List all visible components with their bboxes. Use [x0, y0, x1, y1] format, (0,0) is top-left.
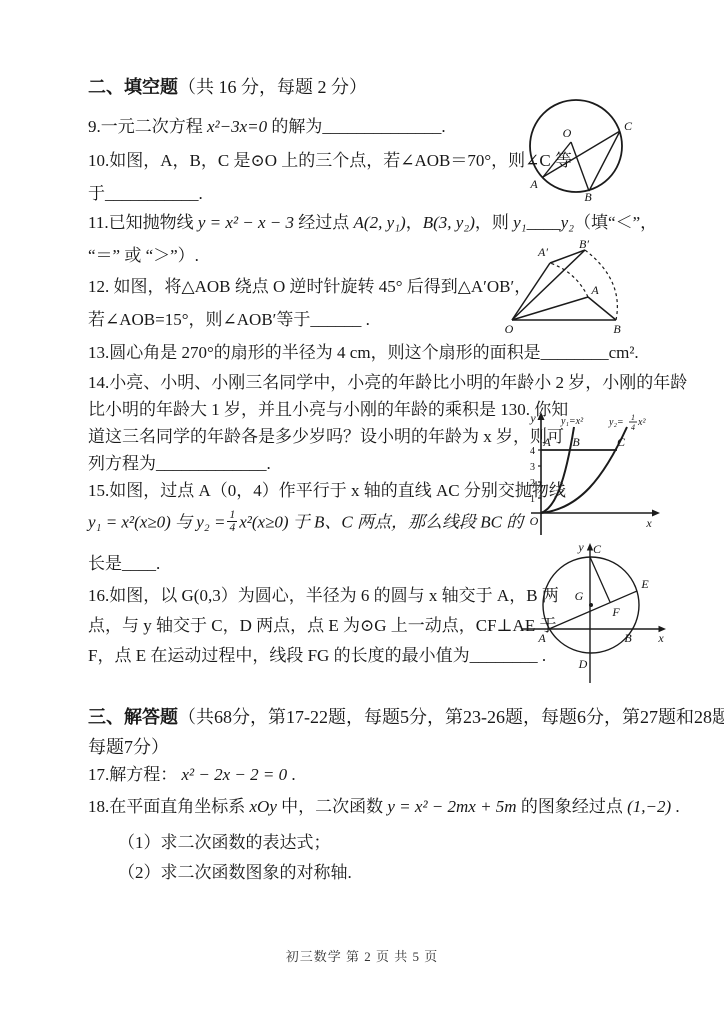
question-16-line2: 点，与 y 轴交于 C，D 两点，点 E 为⊙G 上一动点，CF⊥AE 于: [88, 615, 556, 636]
fraction-one-quarter: 14: [227, 509, 237, 534]
q12-label-b-prime: B′: [579, 240, 589, 251]
q17-equation: x² − 2x − 2 = 0: [182, 765, 288, 784]
q12-rotation-diagram: O B A A′ B′: [504, 240, 652, 336]
q18-text: 18.在平面直角坐标系: [88, 797, 250, 816]
question-14-line4: 列方程为_____________.: [88, 453, 271, 474]
q16-center-dot: [589, 603, 593, 607]
q15-curve2-frac-den: 4: [631, 423, 635, 432]
q16-circle-diagram: y x A B C D E F G: [506, 538, 670, 690]
q12-label-a-prime: A′: [537, 245, 548, 259]
q12-label-a: A: [590, 283, 599, 297]
question-12-line1: 12. 如图，将△AOB 绕点 O 逆时针旋转 45° 后得到△A′OB′，: [88, 276, 531, 297]
question-18-line1: 18.在平面直角坐标系 xOy 中，二次函数 y = x² − 2mx + 5m…: [88, 796, 680, 817]
question-15-line3: 长是____.: [88, 553, 160, 574]
question-14-line1: 14.小亮、小明、小刚三名同学中，小亮的年龄比小明的年龄小 2 岁，小刚的年龄: [88, 372, 687, 393]
q15-curve2-frac-num: 1: [631, 413, 635, 422]
question-11-line2: “＝” 或 “＞”）.: [88, 245, 199, 266]
q15-label-y: y: [529, 411, 536, 425]
q15-label-x: x: [645, 516, 652, 530]
question-11-line1: 11.已知抛物线 y = x² − x − 3 经过点 A(2, y₁)，B(3…: [88, 212, 657, 233]
q15-curve1-label: y₁=x²: [560, 416, 584, 427]
q16-line-ae: [549, 591, 637, 629]
q16-line-cf: [590, 557, 610, 602]
q9-equation: x²−3x=0: [207, 117, 267, 136]
q16-label-f: F: [611, 605, 620, 619]
q10-label-o: O: [563, 126, 572, 140]
question-15-line2: y₁ = x²(x≥0) 与 y₂ =14x²(x≥0) 于 B、C 两点，那么…: [88, 511, 523, 536]
fraction-denominator: 4: [227, 521, 237, 534]
q15-tick-label-2: 2: [530, 478, 535, 489]
q12-label-b: B: [613, 322, 621, 336]
q15-tick-label-4: 4: [530, 446, 535, 457]
section-fill-title: 二、填空题: [88, 77, 178, 97]
q12-side-a-prime-b-prime: [550, 250, 585, 263]
q10-label-c: C: [624, 119, 633, 133]
question-9: 9.一元二次方程 x²−3x=0 的解为______________.: [88, 116, 446, 137]
q11-point-a: A(2, y₁): [354, 213, 406, 232]
q15-tick-label-1: 1: [530, 494, 535, 505]
q16-label-g: G: [575, 589, 584, 603]
page-footer: 初三数学 第 2 页 共 5 页: [0, 946, 724, 965]
section-solve-points: （共68分，第17-22题，每题5分，第23-26题，每题6分，第27题和28题…: [178, 707, 724, 727]
question-10-line1: 10.如图，A，B，C 是⊙O 上的三个点，若∠AOB＝70°，则∠C 等: [88, 150, 572, 171]
question-14-line3: 道这三名同学的年龄各是多少岁吗？设小明的年龄为 x 岁，则可: [88, 426, 564, 447]
q10-label-a: A: [529, 177, 538, 191]
q12-side-oa-prime: [512, 263, 550, 320]
q15-curve2-label-pre: y₂=: [608, 417, 624, 428]
question-13: 13.圆心角是 270°的扇形的半径为 4 cm，则这个扇形的面积是______…: [88, 342, 639, 363]
question-16-line3: F，点 E 在运动过程中，线段 FG 的长度的最小值为________ .: [88, 645, 546, 666]
q12-arc-b-to-b-prime: [585, 250, 617, 320]
q11-parabola-eq: y = x² − x − 3: [198, 213, 294, 232]
q11-point-b: B(3, y₂): [423, 213, 475, 232]
q9-text: 9.一元二次方程: [88, 117, 207, 136]
q15-label-o: O: [530, 514, 539, 528]
q11-y2: y₂: [561, 213, 574, 232]
q10-circle: [530, 100, 622, 192]
q10-radius-ob: [571, 142, 589, 191]
q15-label-b: B: [572, 435, 580, 449]
question-16-line1: 16.如图，以 G(0,3）为圆心，半径为 6 的圆与 x 轴交于 A，B 两: [88, 585, 559, 606]
q18-function-eq: y = x² − 2mx + 5m: [387, 797, 516, 816]
q12-arc-a-to-a-prime: [550, 263, 588, 297]
question-14-line2: 比小明的年龄大 1 岁，并且小亮与小刚的年龄的乘积是 130. 你知: [88, 399, 568, 420]
q15-label-a: A: [542, 435, 551, 449]
section-solve-title: 三、解答题: [88, 707, 178, 727]
q15-x-axis-arrow: [652, 510, 660, 517]
section-fill-points: （共 16 分，每题 2 分）: [178, 77, 367, 97]
q11-text2: 经过点: [294, 213, 354, 232]
q18-point: (1,−2): [627, 797, 671, 816]
question-17: 17.解方程： x² − 2x − 2 = 0 .: [88, 764, 296, 785]
fraction-numerator: 1: [229, 509, 235, 521]
q9-blank: 的解为______________.: [267, 117, 446, 136]
question-10-line2: 于___________.: [88, 183, 203, 204]
q16-label-b: B: [624, 631, 632, 645]
q17-text: 17.解方程：: [88, 765, 182, 784]
question-15-line1: 15.如图，过点 A（0，4）作平行于 x 轴的直线 AC 分别交抛物线: [88, 480, 566, 501]
q15-label-c: C: [617, 435, 626, 449]
section-fill-heading: 二、填空题（共 16 分，每题 2 分）: [88, 76, 367, 99]
q16-label-e: E: [640, 577, 649, 591]
q15-tick-label-3: 3: [530, 462, 535, 473]
q18-xoy: xOy: [250, 797, 277, 816]
question-18-sub1: （1）求二次函数的表达式；: [118, 832, 331, 853]
q10-radius-oa: [543, 142, 571, 177]
q16-label-a: A: [537, 631, 546, 645]
q12-side-ab: [588, 297, 616, 320]
q11-y1: y₁: [513, 213, 526, 232]
q16-label-c: C: [593, 542, 602, 556]
q16-label-y: y: [577, 540, 584, 554]
question-18-sub2: （2）求二次函数图象的对称轴.: [118, 862, 352, 883]
q10-circle-diagram: O A B C: [524, 96, 636, 202]
q15-eq-pre: y₁ = x²(x≥0) 与 y₂ =: [88, 512, 225, 531]
q15-eq-post: x²(x≥0) 于 B、C 两点，那么线段 BC 的: [239, 512, 523, 531]
question-12-line2: 若∠AOB=15°，则∠AOB′等于______ .: [88, 309, 370, 330]
q10-label-b: B: [584, 190, 592, 202]
q11-blank: ____: [527, 213, 561, 232]
q12-label-o: O: [505, 322, 514, 336]
q11-text: 11.已知抛物线: [88, 213, 198, 232]
q16-label-d: D: [578, 657, 588, 671]
q15-y-axis-arrow: [538, 412, 545, 420]
section-solve-heading-line2: 每题7分）: [88, 736, 169, 759]
q15-parabola-diagram: 4 3 2 1 O x y A B C y₁=x² y₂= 1 4 x²: [527, 411, 661, 541]
section-solve-heading: 三、解答题（共68分，第17-22题，每题5分，第23-26题，每题6分，第27…: [88, 706, 724, 729]
q16-label-x: x: [657, 631, 664, 645]
q15-curve2-label-post: x²: [637, 417, 646, 428]
